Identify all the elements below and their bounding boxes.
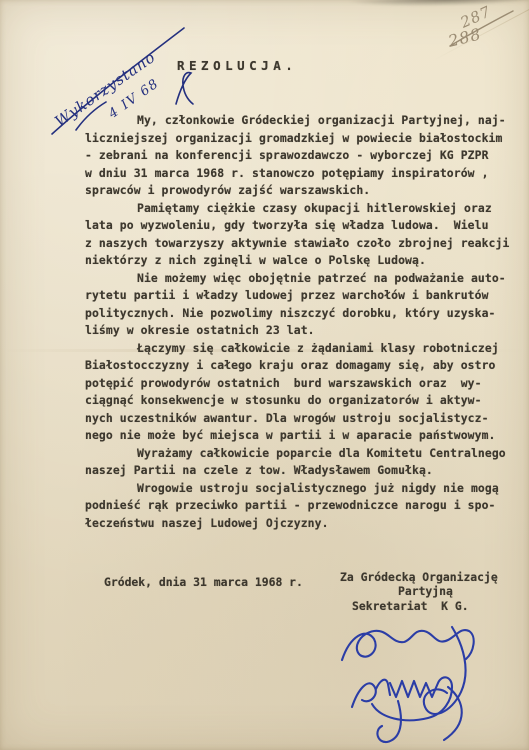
typed-line: liśmy w okresie ostatnich 23 lat. bbox=[85, 322, 509, 340]
typed-line: Pamiętamy ciężkie czasy okupacji hitlero… bbox=[85, 200, 509, 218]
typed-line: - zebrani na konferencji sprawozdawczo -… bbox=[85, 147, 509, 165]
typed-line: politycznych. Nie pozwolimy niszczyć dor… bbox=[85, 305, 509, 323]
typed-line: My, członkowie Gródeckiej organizacji Pa… bbox=[85, 112, 509, 130]
ink-check-mark bbox=[176, 73, 193, 104]
paragraph: Łączymy się całkowicie z żądaniami klasy… bbox=[85, 340, 509, 445]
scanned-document-page: 287 288 Wykorzystano 4 IV 68 REZOLUCJA. … bbox=[0, 0, 529, 750]
scan-edge-smudge bbox=[349, 0, 529, 8]
typed-line: liczniejszej organizacji gromadzkiej w p… bbox=[85, 130, 509, 148]
typed-line: ciągnąć konsekwencje w stosunku do organ… bbox=[85, 392, 509, 410]
typed-line: naszej Partii na czele z tow. Władysławe… bbox=[85, 462, 509, 480]
paragraph: Wyrażamy całkowicie poparcie dla Komitet… bbox=[85, 445, 509, 480]
paragraph: Pamiętamy ciężkie czasy okupacji hitlero… bbox=[85, 200, 509, 270]
signoff-party-line: Partyjną bbox=[398, 584, 453, 598]
paragraph: My, członkowie Gródeckiej organizacji Pa… bbox=[85, 112, 509, 200]
place-and-date-line: Gródek, dnia 31 marca 1968 r. bbox=[104, 575, 303, 589]
typed-line: łeczeństwu naszej Ludowej Ojczyzny. bbox=[85, 515, 509, 533]
signature-ink bbox=[342, 627, 474, 742]
typed-line: Łączymy się całkowicie z żądaniami klasy… bbox=[85, 340, 509, 358]
typed-line: sprawców i prowodyrów zajść warszawskich… bbox=[85, 182, 509, 200]
typed-line: nych uczestników awantur. Dla wrogów ust… bbox=[85, 410, 509, 428]
paragraph: Nie możemy więc obojętnie patrzeć na pod… bbox=[85, 270, 509, 340]
typed-line: z naszych towarzyszy aktywnie stawiało c… bbox=[85, 235, 509, 253]
typed-line: lata po wyzwoleniu, gdy tworzyła się wła… bbox=[85, 217, 509, 235]
typed-line: Nie możemy więc obojętnie patrzeć na pod… bbox=[85, 270, 509, 288]
pencil-page-number: 288 bbox=[446, 24, 483, 51]
typed-line: w dniu 31 marca 1968 r. stanowczo potępi… bbox=[85, 165, 509, 183]
typed-line: Wrogowie ustroju socjalistycznego już ni… bbox=[85, 480, 509, 498]
document-title: REZOLUCJA. bbox=[177, 58, 297, 73]
typed-body: My, członkowie Gródeckiej organizacji Pa… bbox=[85, 112, 509, 532]
signoff-organization-line: Za Gródecką Organizację bbox=[340, 570, 498, 584]
signoff-secretariat-line: Sekretariat K G. bbox=[352, 599, 469, 613]
typed-line: niektórzy z nich zginęli w walce o Polsk… bbox=[85, 252, 509, 270]
typed-line: potępić prowodyrów ostatnich burd warsza… bbox=[85, 375, 509, 393]
paragraph: Wrogowie ustroju socjalistycznego już ni… bbox=[85, 480, 509, 533]
typed-line: podnieść rąk przeciwko partii - przewodn… bbox=[85, 497, 509, 515]
typed-line: rytetu partii i władzy ludowej przez war… bbox=[85, 287, 509, 305]
typed-line: Białostocczyzny i całego kraju oraz doma… bbox=[85, 357, 509, 375]
typed-line: nego nie może być miejsca w partii i w a… bbox=[85, 427, 509, 445]
typed-line: Wyrażamy całkowicie poparcie dla Komitet… bbox=[85, 445, 509, 463]
